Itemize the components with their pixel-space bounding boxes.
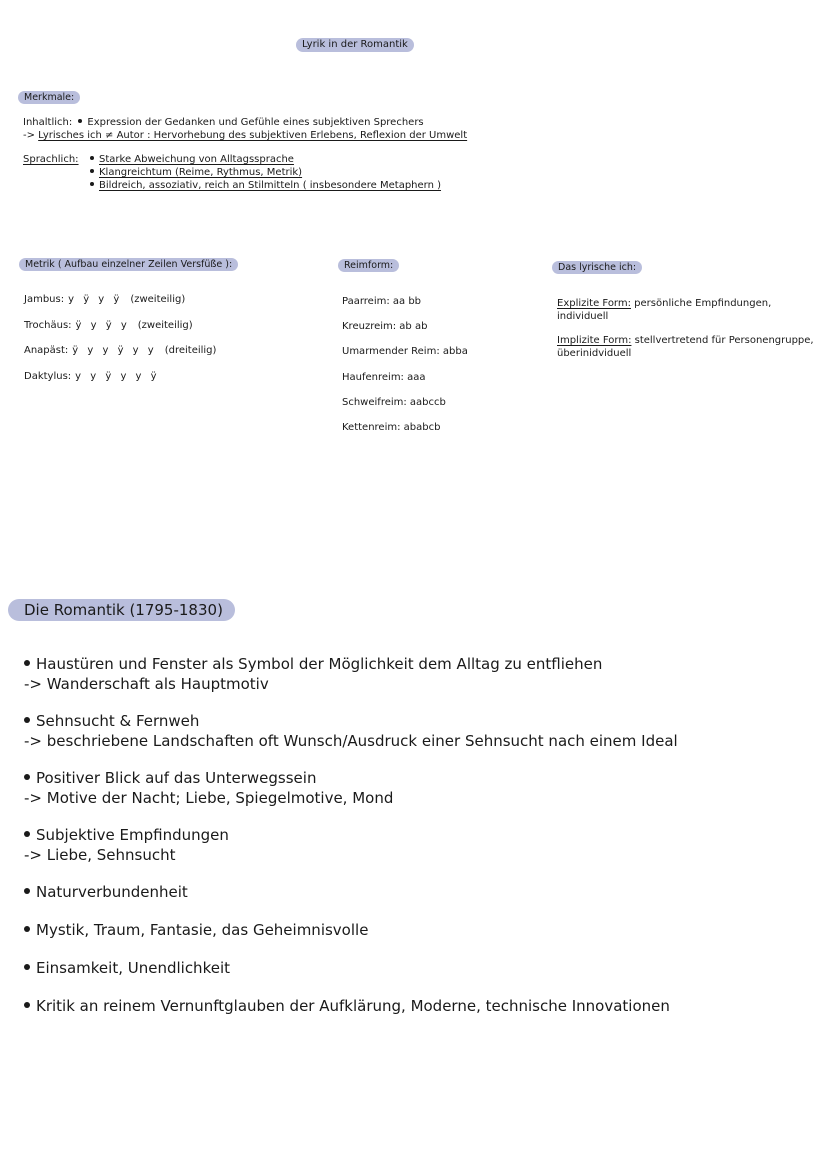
form-label: Explizite Form: [557,298,631,309]
sprachlich-label: Sprachlich: [23,153,87,166]
bullet-icon [78,119,82,123]
bullet-icon [24,774,30,780]
romantik-arrow-text: -> Motive der Nacht; Liebe, Spiegelmotiv… [24,789,678,809]
romantik-bullet-text: Haustüren und Fenster als Symbol der Mög… [36,655,602,673]
sprachlich-bullet: Bildreich, assoziativ, reich an Stilmitt… [87,180,441,191]
reimform-item: Kreuzreim: ab ab [342,321,468,346]
bullet-icon [90,169,94,173]
arrow-icon: -> [23,130,38,141]
reimform-list: Paarreim: aa bb Kreuzreim: ab ab Umarmen… [342,296,468,447]
romantik-bullet-line: Positiver Blick auf das Unterwegssein [24,769,678,789]
bullet-icon [90,156,94,160]
romantik-bullet-text: Mystik, Traum, Fantasie, das Geheimnisvo… [36,921,368,939]
romantik-bullet-line: Naturverbundenheit [24,883,678,903]
inhaltlich-bullet: Expression der Gedanken und Gefühle eine… [87,117,423,128]
inhaltlich-arrow-line: -> Lyrisches ich ≠ Autor : Hervorhebung … [23,129,467,142]
sprachlich-bullet: Starke Abweichung von Alltagssprache [87,153,294,166]
reimform-item: Schweifreim: aabccb [342,397,468,422]
metrik-list: Jambus:y ÿ y ÿ(zweiteilig) Trochäus:ÿ y … [24,294,216,396]
reimform-item: Paarreim: aa bb [342,296,468,321]
metrik-heading: Metrik ( Aufbau einzelner Zeilen Versfüß… [19,258,238,271]
romantik-item: Mystik, Traum, Fantasie, das Geheimnisvo… [24,921,678,941]
metrik-item: Daktylus:y y ÿ y y ÿ [24,371,216,397]
romantik-item: Subjektive Empfindungen-> Liebe, Sehnsuc… [24,826,678,865]
romantik-heading: Die Romantik (1795-1830) [8,599,235,621]
bullet-icon [24,717,30,723]
inhaltlich-line: Inhaltlich: Expression der Gedanken und … [23,116,467,129]
metrik-item: Jambus:y ÿ y ÿ(zweiteilig) [24,294,216,320]
bullet-icon [24,1002,30,1008]
sprachlich-line: Sprachlich: Starke Abweichung von Alltag… [23,153,441,166]
merkmale-heading: Merkmale: [18,91,80,104]
romantik-bullet-text: Subjektive Empfindungen [36,826,229,844]
romantik-item: Haustüren und Fenster als Symbol der Mög… [24,655,678,694]
sprachlich-block: Sprachlich: Starke Abweichung von Alltag… [23,153,441,192]
romantik-bullet-line: Mystik, Traum, Fantasie, das Geheimnisvo… [24,921,678,941]
inhaltlich-label: Inhaltlich: [23,117,72,128]
romantik-bullet-text: Positiver Blick auf das Unterwegssein [36,769,316,787]
reimform-item: Haufenreim: aaa [342,372,468,397]
romantik-arrow-text: -> Wanderschaft als Hauptmotiv [24,675,678,695]
romantik-bullet-text: Sehnsucht & Fernweh [36,712,199,730]
metrik-item: Trochäus:ÿ y ÿ y(zweiteilig) [24,320,216,346]
romantik-bullet-line: Haustüren und Fenster als Symbol der Mög… [24,655,678,675]
sprachlich-line: Klangreichtum (Reime, Rythmus, Metrik) [23,166,441,179]
lyrisches-ich-list: Explizite Form: persönliche Empfindungen… [557,298,817,372]
romantik-bullet-text: Einsamkeit, Unendlichkeit [36,959,230,977]
bullet-icon [24,660,30,666]
romantik-bullet-text: Kritik an reinem Vernunftglauben der Auf… [36,997,670,1015]
reimform-item: Kettenreim: ababcb [342,422,468,447]
reimform-heading: Reimform: [338,259,399,272]
romantik-bullet-text: Naturverbundenheit [36,883,188,901]
romantik-item: Einsamkeit, Unendlichkeit [24,959,678,979]
romantik-bullet-line: Kritik an reinem Vernunftglauben der Auf… [24,997,678,1017]
lyrisches-ich-item: Implizite Form: stellvertretend für Pers… [557,335,817,360]
lyrisches-ich-heading: Das lyrische ich: [552,261,642,274]
romantik-item: Positiver Blick auf das Unterwegssein-> … [24,769,678,808]
romantik-arrow-text: -> beschriebene Landschaften oft Wunsch/… [24,732,678,752]
inhaltlich-arrow-text: Lyrisches ich ≠ Autor : Hervorhebung des… [38,130,467,141]
bullet-icon [90,182,94,186]
bullet-icon [24,926,30,932]
metrik-item: Anapäst:ÿ y y ÿ y y(dreiteilig) [24,345,216,371]
bullet-icon [24,831,30,837]
page-title: Lyrik in der Romantik [296,38,414,52]
lyrisches-ich-item: Explizite Form: persönliche Empfindungen… [557,298,817,323]
inhaltlich-block: Inhaltlich: Expression der Gedanken und … [23,116,467,142]
romantik-item: Sehnsucht & Fernweh-> beschriebene Lands… [24,712,678,751]
romantik-bullet-line: Einsamkeit, Unendlichkeit [24,959,678,979]
romantik-item: Kritik an reinem Vernunftglauben der Auf… [24,997,678,1017]
sprachlich-line: Bildreich, assoziativ, reich an Stilmitt… [23,179,441,192]
reimform-item: Umarmender Reim: abba [342,346,468,371]
bullet-icon [24,888,30,894]
romantik-bullet-line: Sehnsucht & Fernweh [24,712,678,732]
romantik-bullet-line: Subjektive Empfindungen [24,826,678,846]
romantik-list: Haustüren und Fenster als Symbol der Mög… [24,655,678,1035]
romantik-arrow-text: -> Liebe, Sehnsucht [24,846,678,866]
form-label: Implizite Form: [557,335,631,346]
romantik-item: Naturverbundenheit [24,883,678,903]
bullet-icon [24,964,30,970]
sprachlich-bullet: Klangreichtum (Reime, Rythmus, Metrik) [87,167,302,178]
